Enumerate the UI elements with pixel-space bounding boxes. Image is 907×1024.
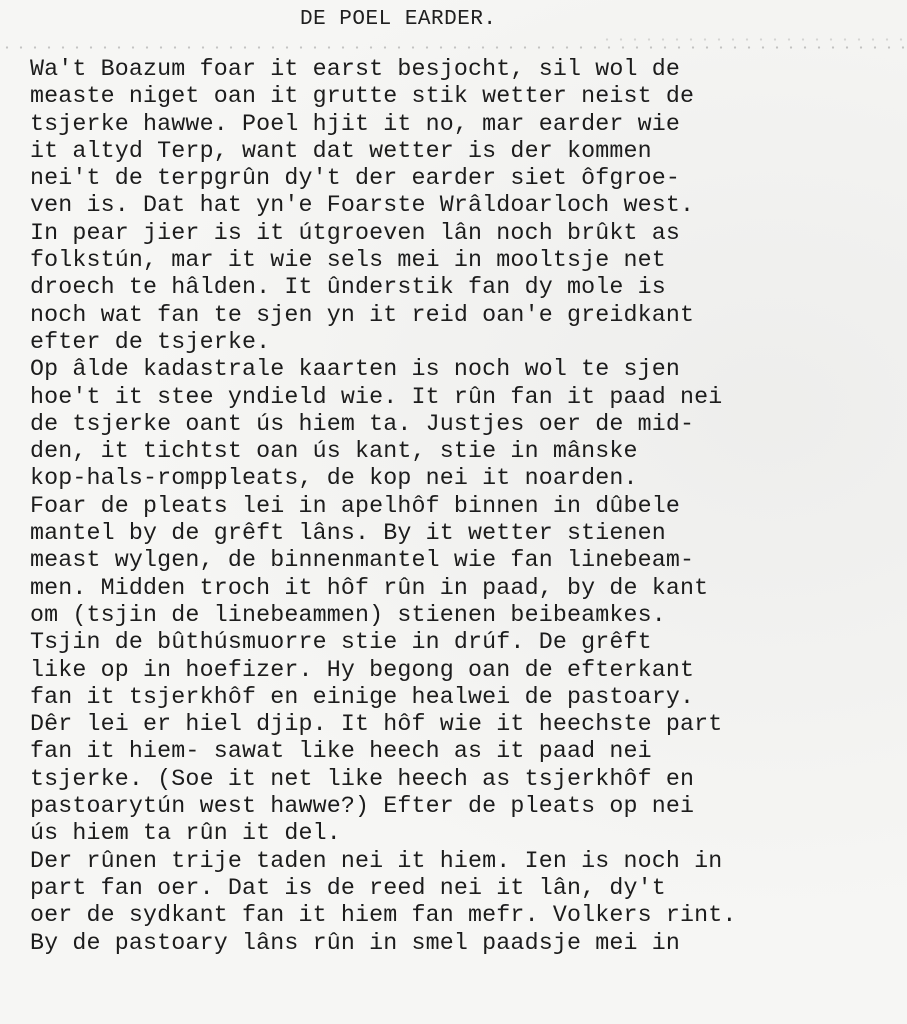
dotted-rule-top bbox=[0, 46, 907, 49]
text-line: part fan oer. Dat is de reed nei it lân,… bbox=[30, 875, 900, 902]
text-line: it altyd Terp, want dat wetter is der ko… bbox=[30, 138, 900, 165]
text-line: efter de tsjerke. bbox=[30, 329, 900, 356]
text-line: like op in hoefizer. Hy begong oan de ef… bbox=[30, 657, 900, 684]
text-line: ús hiem ta rûn it del. bbox=[30, 820, 900, 847]
text-line: hoe't it stee yndield wie. It rûn fan it… bbox=[30, 384, 900, 411]
text-line: tsjerke hawwe. Poel hjit it no, mar eard… bbox=[30, 111, 900, 138]
text-line: fan it hiem- sawat like heech as it paad… bbox=[30, 738, 900, 765]
text-line: de tsjerke oant ús hiem ta. Justjes oer … bbox=[30, 411, 900, 438]
text-line: Wa't Boazum foar it earst besjocht, sil … bbox=[30, 56, 900, 83]
text-line: den, it tichtst oan ús kant, stie in mân… bbox=[30, 438, 900, 465]
text-line: men. Midden troch it hôf rûn in paad, by… bbox=[30, 575, 900, 602]
text-line: ven is. Dat hat yn'e Foarste Wrâldoarloc… bbox=[30, 192, 900, 219]
text-line: folkstún, mar it wie sels mei in mooltsj… bbox=[30, 247, 900, 274]
document-body: Wa't Boazum foar it earst besjocht, sil … bbox=[30, 56, 900, 957]
text-line: droech te hâlden. It ûnderstik fan dy mo… bbox=[30, 274, 900, 301]
text-line: Der rûnen trije taden nei it hiem. Ien i… bbox=[30, 848, 900, 875]
text-line: Dêr lei er hiel djip. It hôf wie it heec… bbox=[30, 711, 900, 738]
scanned-page: DE POEL EARDER. Wa't Boazum foar it ears… bbox=[0, 0, 907, 1024]
text-line: Foar de pleats lei in apelhôf binnen in … bbox=[30, 493, 900, 520]
text-line: oer de sydkant fan it hiem fan mefr. Vol… bbox=[30, 902, 900, 929]
dotted-rule-bleed bbox=[600, 38, 907, 41]
text-line: meast wylgen, de binnenmantel wie fan li… bbox=[30, 547, 900, 574]
text-line: om (tsjin de linebeammen) stienen beibea… bbox=[30, 602, 900, 629]
text-line: kop-hals-romppleats, de kop nei it noard… bbox=[30, 465, 900, 492]
text-line: In pear jier is it útgroeven lân noch br… bbox=[30, 220, 900, 247]
text-line: nei't de terpgrûn dy't der earder siet ô… bbox=[30, 165, 900, 192]
text-line: pastoarytún west hawwe?) Efter de pleats… bbox=[30, 793, 900, 820]
document-title: DE POEL EARDER. bbox=[300, 8, 497, 31]
text-line: tsjerke. (Soe it net like heech as tsjer… bbox=[30, 766, 900, 793]
text-line: Op âlde kadastrale kaarten is noch wol t… bbox=[30, 356, 900, 383]
text-line: By de pastoary lâns rûn in smel paadsje … bbox=[30, 930, 900, 957]
text-line: measte niget oan it grutte stik wetter n… bbox=[30, 83, 900, 110]
text-line: fan it tsjerkhôf en einige healwei de pa… bbox=[30, 684, 900, 711]
text-line: mantel by de grêft lâns. By it wetter st… bbox=[30, 520, 900, 547]
text-line: Tsjin de bûthúsmuorre stie in drúf. De g… bbox=[30, 629, 900, 656]
text-line: noch wat fan te sjen yn it reid oan'e gr… bbox=[30, 302, 900, 329]
